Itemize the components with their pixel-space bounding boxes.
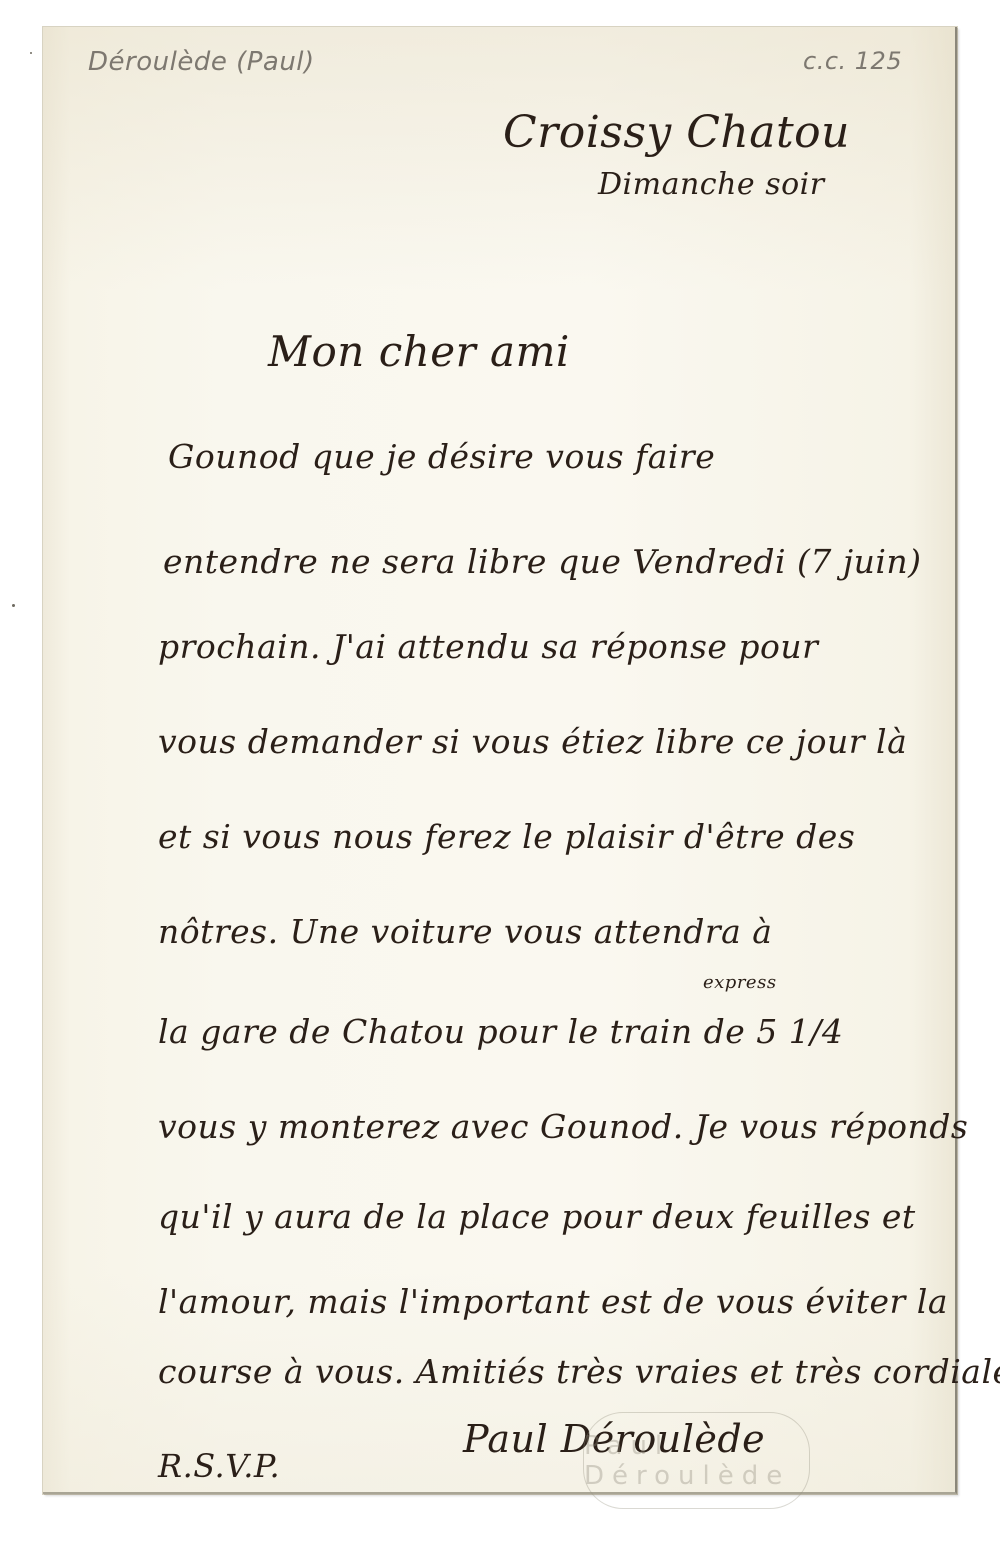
body-line: prochain. J'ai attendu sa réponse pour — [158, 627, 818, 666]
body-line: entendre ne sera libre que Vendredi (7 j… — [163, 542, 922, 581]
faint-collector-stamp: Paul Déroulède — [583, 1412, 810, 1509]
archival-pencil-note-name: Déroulède (Paul) — [88, 47, 315, 77]
body-line: Gounod que je désire vous faire — [168, 437, 715, 476]
archival-pencil-note-ref: c.c. 125 — [803, 47, 902, 75]
body-line: course à vous. Amitiés très vraies et tr… — [158, 1352, 1000, 1391]
body-line: et si vous nous ferez le plaisir d'être … — [158, 817, 855, 856]
body-line: la gare de Chatou pour le train de 5 1/4 — [158, 1012, 843, 1051]
body-line: vous demander si vous étiez libre ce jou… — [158, 722, 907, 761]
letter-place: Croissy Chatou — [503, 107, 850, 158]
body-line: qu'il y aura de la place pour deux feuil… — [158, 1197, 916, 1236]
salutation: Mon cher ami — [268, 327, 570, 376]
body-line: l'amour, mais l'important est de vous év… — [158, 1282, 948, 1321]
letter-paper: Déroulède (Paul) c.c. 125 Croissy Chatou… — [43, 27, 957, 1494]
dust-speck — [12, 604, 15, 607]
body-line: nôtres. Une voiture vous attendra à — [158, 912, 772, 951]
superscript-express: express — [703, 972, 777, 993]
postscript-rsvp: R.S.V.P. — [158, 1447, 280, 1485]
dust-speck — [30, 52, 32, 54]
body-line: vous y monterez avec Gounod. Je vous rép… — [158, 1107, 968, 1146]
letter-day: Dimanche soir — [598, 167, 825, 202]
